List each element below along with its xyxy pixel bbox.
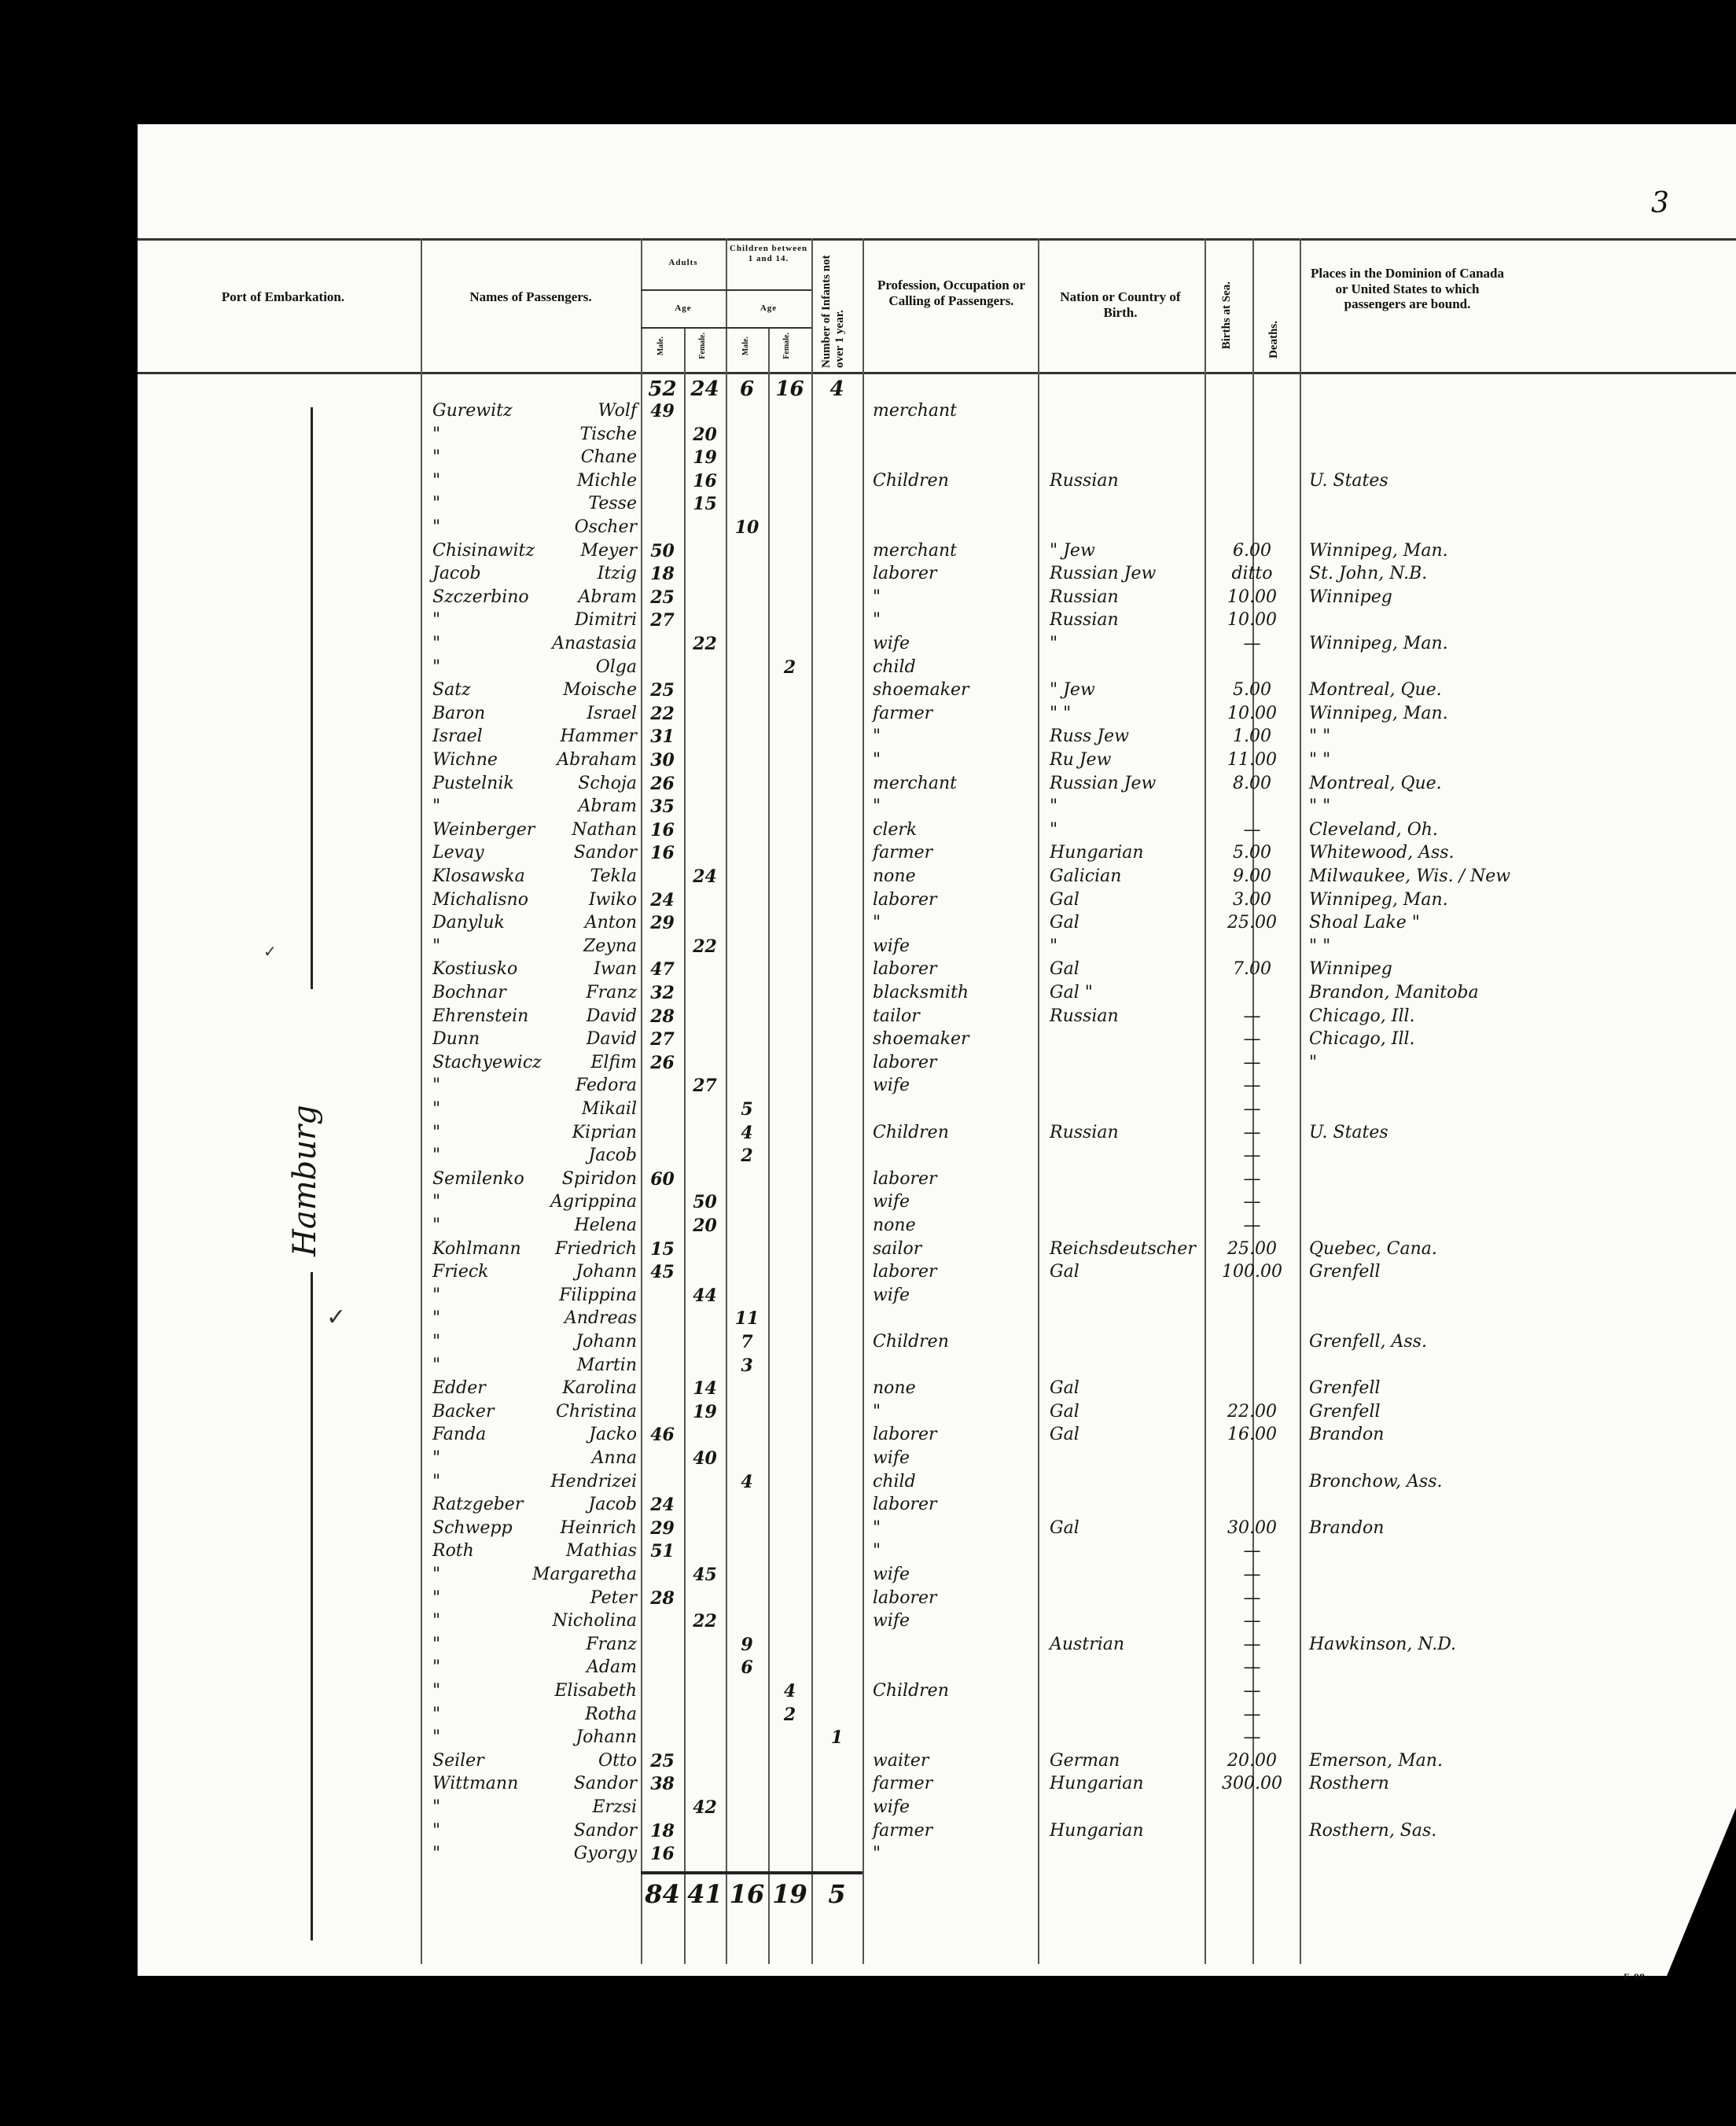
- profession: farmer: [873, 704, 1030, 723]
- given-name: Anna: [527, 1448, 637, 1468]
- births-deaths-entry: —: [1207, 1727, 1297, 1747]
- adult-female-age: 16: [684, 471, 726, 491]
- surname: Levay: [432, 843, 527, 863]
- adult-male-age: 16: [641, 820, 684, 840]
- profession: farmer: [873, 1774, 1030, 1793]
- profession: ": [873, 1844, 1030, 1863]
- given-name: Abram: [527, 796, 637, 816]
- passenger-row: SeilerOtto25waiterGerman20.00Emerson, Ma…: [138, 1751, 1736, 1775]
- passenger-row: BochnarFranz32blacksmithGal "Brandon, Ma…: [138, 983, 1736, 1006]
- births-deaths-entry: —: [1207, 1146, 1297, 1165]
- passenger-row: BackerChristina19"Gal22.00Grenfell: [138, 1402, 1736, 1425]
- passenger-row: BaronIsrael22farmer" "10.00Winnipeg, Man…: [138, 704, 1736, 727]
- passenger-row: "Olga2child: [138, 657, 1736, 681]
- destination: Winnipeg, Man.: [1309, 890, 1624, 910]
- adult-male-age: 18: [641, 1821, 684, 1841]
- profession: ": [873, 913, 1030, 932]
- given-name: Johann: [527, 1262, 637, 1282]
- passenger-row: "Nicholina22wife—: [138, 1611, 1736, 1635]
- profession: laborer: [873, 1169, 1030, 1189]
- destination: Brandon, Manitoba: [1309, 983, 1624, 1002]
- passenger-row: IsraelHammer31"Russ Jew1.00" ": [138, 726, 1736, 750]
- passenger-row: WichneAbraham30"Ru Jew11.00" ": [138, 750, 1736, 774]
- given-name: Nathan: [527, 820, 637, 840]
- profession: laborer: [873, 1588, 1030, 1608]
- destination: " ": [1309, 936, 1624, 956]
- nation: Hungarian: [1050, 1821, 1199, 1841]
- profession: laborer: [873, 1425, 1030, 1444]
- given-name: Schoja: [527, 774, 637, 793]
- births-deaths-entry: —: [1207, 1565, 1297, 1584]
- surname: Gurewitz: [432, 401, 527, 421]
- surname: ": [432, 1099, 527, 1119]
- passenger-row: FandaJacko46laborerGal16.00Brandon: [138, 1425, 1736, 1448]
- destination: Whitewood, Ass.: [1309, 843, 1624, 863]
- births-deaths-entry: —: [1207, 1635, 1297, 1654]
- profession: none: [873, 1216, 1030, 1235]
- surname: ": [432, 610, 527, 630]
- given-name: Johann: [527, 1727, 637, 1747]
- births-deaths-entry: —: [1207, 1681, 1297, 1701]
- given-name: Moische: [527, 680, 637, 700]
- given-name: Wolf: [527, 401, 637, 421]
- infants: 1: [811, 1727, 862, 1748]
- given-name: Margaretha: [527, 1565, 637, 1584]
- nation: ": [1050, 936, 1199, 956]
- destination: Bronchow, Ass.: [1309, 1472, 1624, 1492]
- adult-male-age: 32: [641, 983, 684, 1003]
- child-male-age: 2: [726, 1146, 768, 1166]
- given-name: Franz: [527, 1635, 637, 1654]
- destination: " ": [1309, 796, 1624, 816]
- nation: Russian: [1050, 1006, 1199, 1026]
- adult-female-age: 50: [684, 1192, 726, 1212]
- given-name: Iwan: [527, 959, 637, 979]
- nation: Galician: [1050, 866, 1199, 886]
- header-bottom-rule: [138, 372, 1736, 374]
- passenger-row: PustelnikSchoja26merchantRussian Jew8.00…: [138, 774, 1736, 797]
- births-deaths-entry: —: [1207, 1541, 1297, 1561]
- nation: Russian Jew: [1050, 564, 1199, 583]
- nation: Gal: [1050, 1425, 1199, 1444]
- given-name: Anastasia: [527, 634, 637, 653]
- destination: Milwaukee, Wis. / New: [1309, 866, 1624, 886]
- surname: Jacob: [432, 564, 527, 583]
- destination: Winnipeg: [1309, 959, 1624, 979]
- adults-subrule-2: [641, 327, 811, 329]
- surname: Satz: [432, 680, 527, 700]
- given-name: Johann: [527, 1332, 637, 1352]
- adult-male-age: 26: [641, 1053, 684, 1073]
- header-age-adults: Age: [641, 303, 726, 314]
- header-adult-female: Female.: [698, 333, 707, 359]
- nation: Austrian: [1050, 1635, 1199, 1654]
- births-deaths-entry: —: [1207, 1657, 1297, 1677]
- given-name: Tekla: [527, 866, 637, 886]
- surname: ": [432, 1355, 527, 1375]
- surname: Ehrenstein: [432, 1006, 527, 1026]
- nation: Gal: [1050, 959, 1199, 979]
- surname: Schwepp: [432, 1518, 527, 1538]
- nation: " Jew: [1050, 541, 1199, 561]
- given-name: Israel: [527, 704, 637, 723]
- surname: Baron: [432, 704, 527, 723]
- child-male-age: 10: [726, 517, 768, 538]
- adult-male-age: 18: [641, 564, 684, 584]
- header-infants: Number of Infants not over 1 year.: [820, 250, 855, 368]
- passenger-row: StachyewiczElfim26laborer—": [138, 1053, 1736, 1076]
- adult-male-age: 28: [641, 1588, 684, 1609]
- births-deaths-entry: —: [1207, 1053, 1297, 1072]
- profession: shoemaker: [873, 680, 1030, 700]
- nation: ": [1050, 634, 1199, 653]
- given-name: Mikail: [527, 1099, 637, 1119]
- adult-male-age: 27: [641, 1029, 684, 1050]
- given-name: Franz: [527, 983, 637, 1002]
- given-name: David: [527, 1029, 637, 1049]
- profession: ": [873, 796, 1030, 816]
- profession: wife: [873, 1611, 1030, 1631]
- profession: farmer: [873, 843, 1030, 863]
- births-deaths-entry: 30.00: [1207, 1518, 1297, 1538]
- passenger-row: "Franz9Austrian—Hawkinson, N.D.: [138, 1635, 1736, 1658]
- child-male-age: 4: [726, 1472, 768, 1492]
- header-births: Births at Sea.: [1220, 281, 1234, 349]
- births-deaths-entry: 1.00: [1207, 726, 1297, 746]
- destination: Montreal, Que.: [1309, 774, 1624, 793]
- passenger-row: "Johann1—: [138, 1727, 1736, 1751]
- passenger-row: "Anastasia22wife"—Winnipeg, Man.: [138, 634, 1736, 657]
- passenger-row: "Michle16ChildrenRussianU. States: [138, 471, 1736, 495]
- passenger-row: "Anna40wife: [138, 1448, 1736, 1472]
- nation: Reichsdeutscher: [1050, 1239, 1199, 1259]
- adult-male-age: 50: [641, 541, 684, 561]
- total-child-male: 16: [726, 1879, 768, 1909]
- births-deaths-entry: —: [1207, 1192, 1297, 1212]
- passenger-row: "Agrippina50wife—: [138, 1192, 1736, 1216]
- adult-male-age: 38: [641, 1774, 684, 1794]
- nation: ": [1050, 820, 1199, 840]
- child-male-age: 6: [726, 1657, 768, 1678]
- destination: Chicago, Ill.: [1309, 1029, 1624, 1049]
- given-name: Elfim: [527, 1053, 637, 1072]
- adult-male-age: 28: [641, 1006, 684, 1027]
- header-top-rule: [138, 238, 1736, 241]
- total-infants: 5: [811, 1879, 862, 1909]
- passenger-row: JacobItzig18laborerRussian JewdittoSt. J…: [138, 564, 1736, 587]
- given-name: Abraham: [527, 750, 637, 770]
- births-deaths-entry: 6.00: [1207, 541, 1297, 561]
- surname: ": [432, 1216, 527, 1235]
- given-name: Martin: [527, 1355, 637, 1375]
- manifest-page: 3 Port of Embarkation. Names of Passenge…: [138, 124, 1736, 1976]
- surname: ": [432, 1821, 527, 1841]
- child-female-age: 4: [768, 1681, 811, 1701]
- nation: Gal: [1050, 1378, 1199, 1398]
- given-name: Kiprian: [527, 1123, 637, 1142]
- births-deaths-entry: 10.00: [1207, 587, 1297, 607]
- passenger-row: "Tische20: [138, 425, 1736, 448]
- profession: laborer: [873, 564, 1030, 583]
- header-nation: Nation or Country of Birth.: [1042, 289, 1199, 320]
- adult-female-age: 19: [684, 1402, 726, 1422]
- adult-female-age: 40: [684, 1448, 726, 1469]
- destination: ": [1309, 1053, 1624, 1072]
- adult-male-age: 47: [641, 959, 684, 980]
- births-deaths-entry: —: [1207, 1611, 1297, 1631]
- adult-male-age: 29: [641, 1518, 684, 1539]
- passenger-row: "Sandor18farmerHungarianRosthern, Sas.: [138, 1821, 1736, 1845]
- births-deaths-entry: 25.00: [1207, 913, 1297, 932]
- passenger-row: WeinbergerNathan16clerk"—Cleveland, Oh.: [138, 820, 1736, 844]
- profession: ": [873, 587, 1030, 607]
- child-male-age: 3: [726, 1355, 768, 1376]
- profession: laborer: [873, 890, 1030, 910]
- surname: Roth: [432, 1541, 527, 1561]
- given-name: Dimitri: [527, 610, 637, 630]
- given-name: Sandor: [527, 1774, 637, 1793]
- adult-male-age: 24: [641, 1495, 684, 1515]
- surname: ": [432, 796, 527, 816]
- passenger-row: "Martin3: [138, 1355, 1736, 1379]
- child-male-age: 4: [726, 1123, 768, 1143]
- passenger-row: "Erzsi42wife: [138, 1797, 1736, 1821]
- profession: sailor: [873, 1239, 1030, 1259]
- adult-male-age: 46: [641, 1425, 684, 1445]
- surname: ": [432, 1192, 527, 1212]
- passenger-row: SatzMoische25shoemaker" Jew5.00Montreal,…: [138, 680, 1736, 704]
- nation: Gal: [1050, 1402, 1199, 1422]
- births-deaths-entry: —: [1207, 1123, 1297, 1142]
- given-name: Adam: [527, 1657, 637, 1677]
- given-name: Tesse: [527, 494, 637, 513]
- surname: Michalisno: [432, 890, 527, 910]
- profession: merchant: [873, 541, 1030, 561]
- births-deaths-entry: 20.00: [1207, 1751, 1297, 1771]
- births-deaths-entry: 100.00: [1207, 1262, 1297, 1282]
- page-number: 3: [1651, 187, 1669, 219]
- destination: Brandon: [1309, 1425, 1624, 1444]
- surname: ": [432, 1286, 527, 1305]
- births-deaths-entry: 300.00: [1207, 1774, 1297, 1793]
- surname: Edder: [432, 1378, 527, 1398]
- profession: merchant: [873, 774, 1030, 793]
- passenger-row: KohlmannFriedrich15sailorReichsdeutscher…: [138, 1239, 1736, 1263]
- profession: laborer: [873, 1495, 1030, 1514]
- surname: ": [432, 425, 527, 444]
- passenger-row: MichalisnoIwiko24laborerGal3.00Winnipeg,…: [138, 890, 1736, 914]
- header-child-female: Female.: [782, 333, 791, 359]
- child-female-age: 2: [768, 1705, 811, 1725]
- births-deaths-entry: —: [1207, 1705, 1297, 1724]
- passenger-row: EdderKarolina14noneGalGrenfell: [138, 1378, 1736, 1402]
- profession: wife: [873, 1192, 1030, 1212]
- given-name: David: [527, 1006, 637, 1026]
- destination: Cleveland, Oh.: [1309, 820, 1624, 840]
- destination: Rosthern: [1309, 1774, 1624, 1793]
- nation: Russian: [1050, 471, 1199, 491]
- profession: child: [873, 657, 1030, 677]
- surname: ": [432, 471, 527, 491]
- births-deaths-entry: —: [1207, 820, 1297, 840]
- surname: Danyluk: [432, 913, 527, 932]
- surname: Israel: [432, 726, 527, 746]
- adult-female-age: 14: [684, 1378, 726, 1399]
- nation: Russian Jew: [1050, 774, 1199, 793]
- surname: Wichne: [432, 750, 527, 770]
- nation: Ru Jew: [1050, 750, 1199, 770]
- passenger-row: "Andreas11: [138, 1308, 1736, 1332]
- destination: Montreal, Que.: [1309, 680, 1624, 700]
- carry-child-female: 16: [768, 377, 811, 401]
- passenger-row: "Kiprian4ChildrenRussian—U. States: [138, 1123, 1736, 1146]
- adult-female-age: 15: [684, 494, 726, 514]
- profession: none: [873, 1378, 1030, 1398]
- header-names: Names of Passengers.: [428, 289, 633, 305]
- given-name: Itzig: [527, 564, 637, 583]
- surname: Ratzgeber: [432, 1495, 527, 1514]
- nation: Hungarian: [1050, 1774, 1199, 1793]
- adult-male-age: 29: [641, 913, 684, 933]
- passenger-row: EhrensteinDavid28tailorRussian—Chicago, …: [138, 1006, 1736, 1030]
- given-name: Jacob: [527, 1146, 637, 1165]
- given-name: Oscher: [527, 517, 637, 537]
- births-deaths-entry: —: [1207, 1099, 1297, 1119]
- profession: Children: [873, 1332, 1030, 1352]
- surname: ": [432, 1611, 527, 1631]
- nation: Hungarian: [1050, 843, 1199, 863]
- profession: blacksmith: [873, 983, 1030, 1002]
- profession: clerk: [873, 820, 1030, 840]
- births-deaths-entry: 9.00: [1207, 866, 1297, 886]
- profession: laborer: [873, 1053, 1030, 1072]
- destination: Grenfell: [1309, 1402, 1624, 1422]
- nation: Russian: [1050, 1123, 1199, 1142]
- destination: Chicago, Ill.: [1309, 1006, 1624, 1026]
- passenger-row: "Oscher10: [138, 517, 1736, 541]
- births-deaths-entry: 3.00: [1207, 890, 1297, 910]
- surname: ": [432, 1635, 527, 1654]
- births-deaths-entry: 10.00: [1207, 704, 1297, 723]
- given-name: Hendrizei: [527, 1472, 637, 1492]
- destination: Rosthern, Sas.: [1309, 1821, 1624, 1841]
- carry-adult-female: 24: [684, 377, 726, 401]
- passenger-row: LevaySandor16farmerHungarian5.00Whitewoo…: [138, 843, 1736, 866]
- surname: Wittmann: [432, 1774, 527, 1793]
- given-name: Sandor: [527, 843, 637, 863]
- passenger-row: "Fedora27wife—: [138, 1076, 1736, 1099]
- births-deaths-entry: 7.00: [1207, 959, 1297, 979]
- surname: ": [432, 517, 527, 537]
- births-deaths-entry: 25.00: [1207, 1239, 1297, 1259]
- destination: Grenfell: [1309, 1378, 1624, 1398]
- total-child-female: 19: [768, 1879, 811, 1909]
- profession: ": [873, 750, 1030, 770]
- passenger-row: "Peter28laborer—: [138, 1588, 1736, 1612]
- given-name: Anton: [527, 913, 637, 932]
- surname: ": [432, 1844, 527, 1863]
- adult-female-age: 22: [684, 1611, 726, 1631]
- given-name: Fedora: [527, 1076, 637, 1095]
- profession: none: [873, 866, 1030, 886]
- header-profession: Profession, Occupation or Calling of Pas…: [869, 278, 1034, 308]
- destination: U. States: [1309, 1123, 1624, 1142]
- given-name: Gyorgy: [527, 1844, 637, 1863]
- given-name: Erzsi: [527, 1797, 637, 1817]
- profession: wife: [873, 936, 1030, 956]
- adult-male-age: 31: [641, 726, 684, 747]
- given-name: Jacob: [527, 1495, 637, 1514]
- header-places: Places in the Dominion of Canada or Unit…: [1305, 266, 1510, 312]
- profession: wife: [873, 634, 1030, 653]
- nation: " ": [1050, 704, 1199, 723]
- surname: ": [432, 1727, 527, 1747]
- adult-male-age: 22: [641, 704, 684, 724]
- passenger-row: "Filippina44wife: [138, 1286, 1736, 1309]
- given-name: Spiridon: [527, 1169, 637, 1189]
- passenger-row: SemilenkoSpiridon60laborer—: [138, 1169, 1736, 1193]
- profession: waiter: [873, 1751, 1030, 1771]
- passenger-row: "Johann7ChildrenGrenfell, Ass.: [138, 1332, 1736, 1355]
- passenger-row: "Rotha2—: [138, 1705, 1736, 1728]
- surname: Weinberger: [432, 820, 527, 840]
- passenger-row: SzczerbinoAbram25"Russian10.00Winnipeg: [138, 587, 1736, 611]
- passenger-row: "Zeyna22wife"" ": [138, 936, 1736, 960]
- adult-male-age: 60: [641, 1169, 684, 1190]
- nation: Gal: [1050, 913, 1199, 932]
- surname: ": [432, 1123, 527, 1142]
- surname: ": [432, 936, 527, 956]
- surname: ": [432, 447, 527, 467]
- profession: wife: [873, 1448, 1030, 1468]
- given-name: Michle: [527, 471, 637, 491]
- passenger-row: "Chane19: [138, 447, 1736, 471]
- profession: Children: [873, 471, 1030, 491]
- nation: Gal: [1050, 1262, 1199, 1282]
- passenger-row: "Elisabeth4Children—: [138, 1681, 1736, 1705]
- given-name: Hammer: [527, 726, 637, 746]
- adult-male-age: 30: [641, 750, 684, 771]
- surname: Semilenko: [432, 1169, 527, 1189]
- adult-male-age: 49: [641, 401, 684, 421]
- passenger-row: "Mikail5—: [138, 1099, 1736, 1123]
- surname: ": [432, 1705, 527, 1724]
- surname: ": [432, 1076, 527, 1095]
- nation: Gal: [1050, 890, 1199, 910]
- child-male-age: 7: [726, 1332, 768, 1352]
- surname: Szczerbino: [432, 587, 527, 607]
- given-name: Chane: [527, 447, 637, 467]
- destination: U. States: [1309, 471, 1624, 491]
- profession: ": [873, 1402, 1030, 1422]
- profession: merchant: [873, 401, 1030, 421]
- surname: ": [432, 1565, 527, 1584]
- given-name: Zeyna: [527, 936, 637, 956]
- adult-male-age: 16: [641, 1844, 684, 1864]
- adult-male-age: 45: [641, 1262, 684, 1282]
- adult-female-age: 27: [684, 1076, 726, 1096]
- passenger-row: FrieckJohann45laborerGal100.00Grenfell: [138, 1262, 1736, 1286]
- nation: Gal ": [1050, 983, 1199, 1002]
- passenger-row: "Jacob2—: [138, 1146, 1736, 1169]
- given-name: Agrippina: [527, 1192, 637, 1212]
- surname: ": [432, 1657, 527, 1677]
- adult-male-age: 26: [641, 774, 684, 794]
- child-female-age: 2: [768, 657, 811, 678]
- destination: St. John, N.B.: [1309, 564, 1624, 583]
- surname: ": [432, 1472, 527, 1492]
- passenger-row: "Adam6—: [138, 1657, 1736, 1681]
